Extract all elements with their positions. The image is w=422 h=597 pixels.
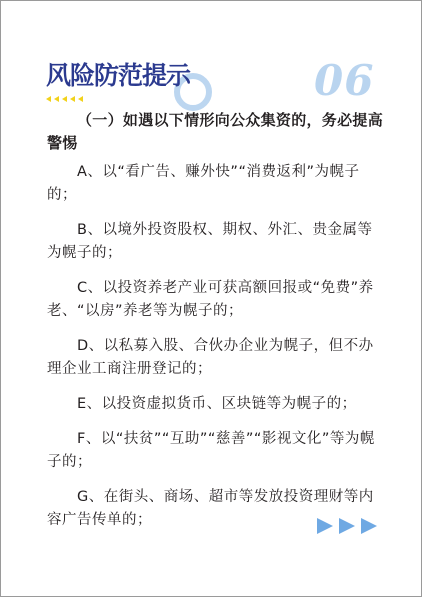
section-number: 06 <box>314 59 374 103</box>
section-heading: （一）如遇以下情形向公众集资的，务必提高警惕 <box>47 109 387 155</box>
list-item-d: D、以私募入股、合伙办企业为幌子，但不办理企业工商注册登记的； <box>47 335 387 381</box>
list-item-c: C、以投资养老产业可获高额回报或“免费”养老、“以房”养老等为幌子的； <box>47 277 387 323</box>
page-title: 风险防范提示 <box>46 61 190 91</box>
arrow-right-icon <box>339 518 355 534</box>
arrow-left-icon <box>46 96 51 102</box>
list-item-b: B、以境外投资股权、期权、外汇、贵金属等为幌子的； <box>47 219 387 265</box>
arrow-left-icon <box>78 96 83 102</box>
list-item-a: A、以“看广告、赚外快”“消费返利”为幌子的； <box>47 161 387 207</box>
arrow-left-icon <box>54 96 59 102</box>
next-page-indicator[interactable] <box>317 518 377 534</box>
arrow-right-icon <box>317 518 333 534</box>
arrow-left-icon <box>70 96 75 102</box>
list-item-f: F、以“扶贫”“互助”“慈善”“影视文化”等为幌子的； <box>47 428 387 474</box>
content-body: （一）如遇以下情形向公众集资的，务必提高警惕 A、以“看广告、赚外快”“消费返利… <box>47 109 387 544</box>
arrow-left-icon <box>62 96 67 102</box>
arrow-right-icon <box>361 518 377 534</box>
page-frame: 风险防范提示 06 （一）如遇以下情形向公众集资的，务必提高警惕 A、以“看广告… <box>0 0 422 597</box>
yellow-arrow-decoration <box>46 96 84 102</box>
list-item-e: E、以投资虚拟货币、区块链等为幌子的； <box>47 393 387 416</box>
